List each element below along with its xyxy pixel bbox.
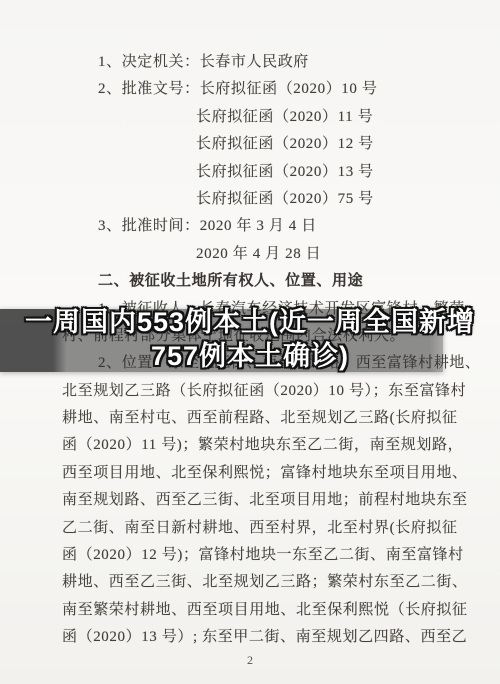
document-line: 1、决定机关：长春市人民政府 xyxy=(62,53,482,80)
scanned-document-page: 1、决定机关：长春市人民政府2、批准文号：长府拟征函（2020）10 号长府拟征… xyxy=(0,0,500,684)
document-line: 3、批准时间：2020 年 3 月 4 日 xyxy=(62,217,482,244)
document-line: 长府拟征函（2020）11 号 xyxy=(62,108,482,135)
document-line: 南至规划路、西至乙三街、北至项目用地；前程村地块东至 xyxy=(62,491,482,518)
document-line: 西至项目用地、北至保利熙悦；富锋村地块东至项目用地、 xyxy=(62,464,482,491)
document-line: 耕地、西至乙三街、北至规划乙三路；繁荣村东至乙二街、 xyxy=(62,573,482,600)
document-line: 二、被征收土地所有权人、位置、用途 xyxy=(62,272,482,299)
news-headline: 一周国内553例本土(近一周全国新增 757例本土确诊) xyxy=(0,305,500,373)
document-line: 函（2020）12 号)；富锋村地块一东至乙二街、南至富锋村 xyxy=(62,546,482,573)
document-line: 乙二街、南至日新村耕地、西至村界，北至村界(长府拟征 xyxy=(62,519,482,546)
document-line: 2、批准文号：长府拟征函（2020）10 号 xyxy=(62,80,482,107)
page-number: 2 xyxy=(0,653,500,668)
document-line: 长府拟征函（2020）12 号 xyxy=(62,135,482,162)
news-headline-line1: 一周国内553例本土(近一周全国新增 xyxy=(0,305,500,339)
document-line: 2020 年 4 月 28 日 xyxy=(62,245,482,272)
document-line: 长府拟征函（2020）13 号 xyxy=(62,163,482,190)
news-headline-line2: 757例本土确诊) xyxy=(0,339,500,373)
document-line: 函（2020）11 号)；繁荣村地块东至乙二街，南至规划路， xyxy=(62,436,482,463)
document-line: 南至繁荣村耕地、西至项目用地、北至保利熙悦（长府拟征 xyxy=(62,601,482,628)
document-line: 北至规划乙三路（长府拟征函（2020）10 号）；东至富锋村 xyxy=(62,382,482,409)
document-line: 长府拟征函（2020）75 号 xyxy=(62,190,482,217)
document-line: 耕地、南至村屯、西至前程路、北至规划乙三路(长府拟征 xyxy=(62,409,482,436)
document-line: 函（2020）13 号）; 东至甲二街、南至规划乙四路、西至乙 xyxy=(62,628,482,655)
